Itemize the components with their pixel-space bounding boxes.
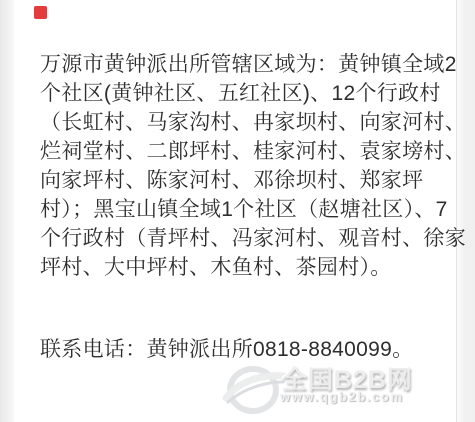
red-square-icon — [34, 6, 47, 19]
paragraph-line: 万源市黄钟派出所管辖区域为：黄钟镇全域2 — [40, 50, 442, 79]
swoosh-globe-icon — [220, 358, 286, 420]
paragraph-line: 个社区(黄钟社区、五红社区)、12个行政村 — [40, 79, 442, 108]
watermark-brand-text: 全国B2B网 — [282, 360, 413, 396]
right-page-gutter — [456, 0, 475, 422]
site-watermark: 全国B2B网 www.qgb2b.com — [280, 356, 460, 422]
paragraph-line: 村）；黑宝山镇全域1个社区（赵塘社区）、7 — [40, 195, 442, 224]
contact-phone-line: 联系电话：黄钟派出所0818-8840099。 — [40, 335, 413, 364]
paragraph-line: 向家坪村、陈家河村、邓徐坝村、郑家坪 — [40, 166, 442, 195]
paragraph-line: 个行政村（青坪村、冯家河村、观音村、徐家 — [40, 224, 442, 253]
article-snippet-page: 万源市黄钟派出所管辖区域为：黄钟镇全域2 个社区(黄钟社区、五红社区)、12个行… — [0, 0, 475, 422]
paragraph-line: 坪村、大中坪村、木鱼村、茶园村）。 — [40, 253, 442, 282]
left-page-gutter — [0, 0, 14, 422]
watermark-url-text: www.qgb2b.com — [280, 389, 404, 404]
paragraph-line: （长虹村、马家沟村、冉家坝村、向家河村、 — [40, 108, 442, 137]
paragraph-line: 烂祠堂村、二郎坪村、桂家河村、袁家塝村、 — [40, 137, 442, 166]
jurisdiction-paragraph: 万源市黄钟派出所管辖区域为：黄钟镇全域2 个社区(黄钟社区、五红社区)、12个行… — [40, 50, 442, 282]
